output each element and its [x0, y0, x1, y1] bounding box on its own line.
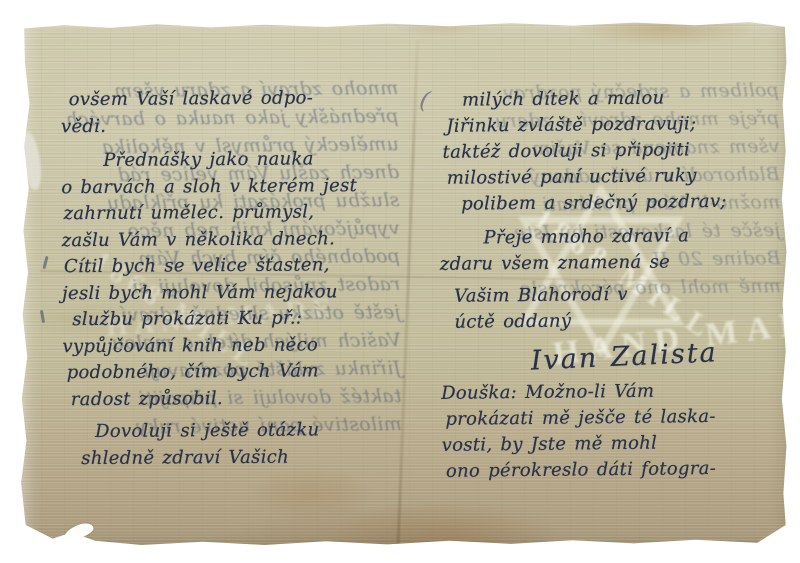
handwriting-line: ono pérokreslo dáti fotogra- — [446, 455, 800, 485]
handwriting-line: službu prokázati Ku př.: — [72, 305, 402, 334]
signature: Ivan Zalista — [530, 333, 800, 376]
handwriting-line: o barvách a sloh v kterém jest — [61, 172, 401, 201]
handwriting-line: Douška: Možno-li Vám — [441, 377, 800, 407]
handwriting-line: vosti, by Jste mě mohl — [442, 429, 800, 459]
handwriting-line: jesli bych mohl Vám nejakou — [62, 278, 402, 307]
handwriting-line: Cítil bych se velice šťasten, — [64, 252, 402, 281]
handwriting-line: zahrnutí umělec. průmysl, — [63, 199, 401, 228]
handwriting-line: shledně zdraví Vašich — [81, 443, 403, 472]
handwriting-line: zdaru všem znamená se — [440, 248, 800, 278]
paper-chip — [63, 521, 96, 543]
handwriting-line: vypůjčování knih neb něco — [62, 331, 402, 360]
handwriting-line: radost způsobil. — [71, 384, 403, 413]
letter-page-right: milých dítek a malou Jiřinku zvláště poz… — [438, 84, 800, 485]
handwriting-line: úctě oddaný — [454, 306, 800, 336]
handwriting-line: Jiřinku zvláště pozdravuji; — [446, 110, 798, 140]
photo-background: 1868 MILL HAND MADE 1868 MILL HAND MADE … — [0, 0, 800, 563]
handwriting-line: taktéž dovoluji si připojiti — [442, 136, 798, 166]
handwriting-line: milých dítek a malou — [462, 84, 798, 114]
handwriting-line: milostivé paní uctivé ruky — [447, 162, 799, 192]
handwriting-line: vědi. — [61, 111, 401, 140]
handwriting-line: ovšem Vaší laskavé odpo- — [69, 85, 401, 114]
handwriting-line: podobného, čím bych Vám — [67, 358, 403, 387]
letter-page-left: ovšem Vaší laskavé odpo- vědi. Přednášky… — [61, 85, 404, 472]
edge-ink-mark — [42, 256, 48, 269]
handwriting-line: Přeje mnoho zdraví a — [483, 222, 799, 251]
edge-ink-mark — [40, 310, 45, 323]
handwriting-line: polibem a srdečný pozdrav; — [461, 188, 799, 218]
handwriting-line: Vašim Blahorodí v — [454, 280, 800, 310]
handwriting-line: prokázati mě ješče té laska- — [445, 403, 800, 433]
paper-edge-flap — [21, 131, 44, 191]
handwriting-line: Dovoluji si ještě otázku — [95, 417, 403, 446]
handwriting-line: Přednášky jako nauka — [103, 146, 401, 175]
postscript: Douška: Možno-li Vám prokázati mě ješče … — [441, 377, 800, 485]
handwriting-line: zašlu Vám v několika dnech. — [62, 225, 402, 254]
